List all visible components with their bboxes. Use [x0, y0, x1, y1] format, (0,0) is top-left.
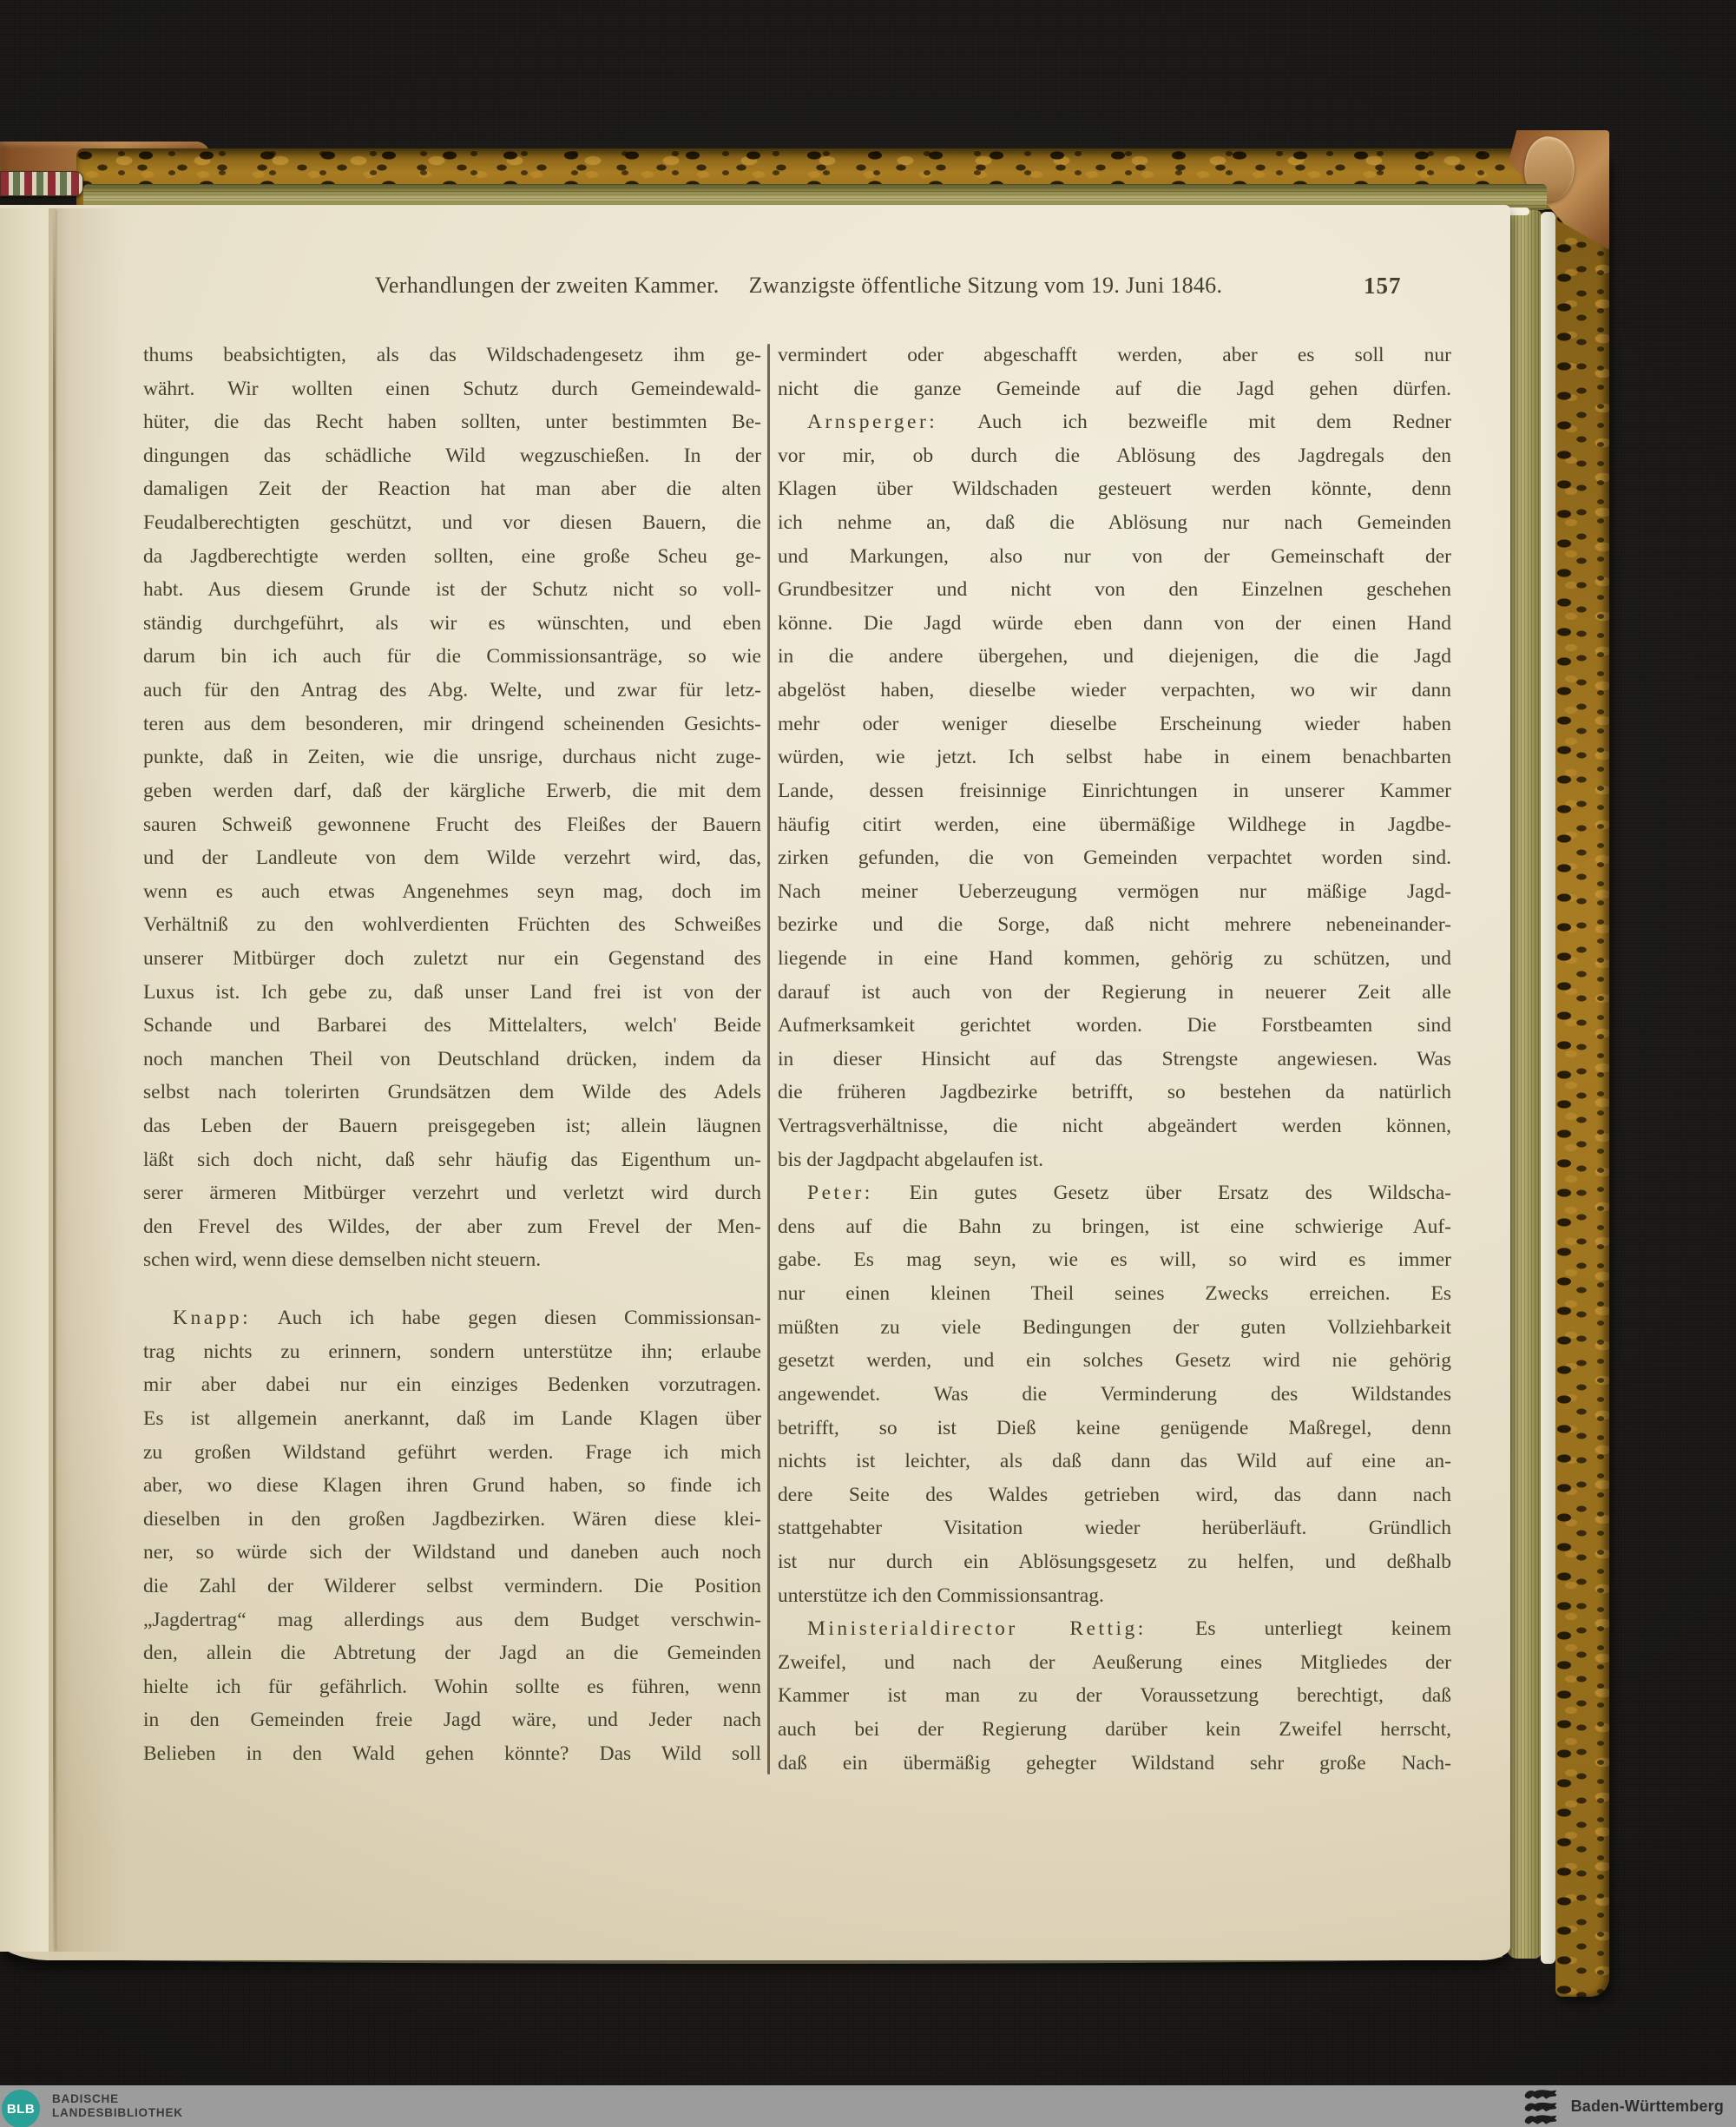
- text-line: thums beabsichtigten, als das Wildschade…: [143, 339, 761, 372]
- text-line: und Markungen, also nur von der Gemeinsc…: [778, 540, 1451, 574]
- speaker-name: Knapp:: [173, 1307, 251, 1329]
- text-line: gesetzt werden, und ein solches Gesetz w…: [778, 1344, 1451, 1378]
- running-header: Verhandlungen der zweiten Kammer. Zwanzi…: [143, 273, 1454, 309]
- text-line: habt. Aus diesem Grunde ist der Schutz n…: [143, 573, 761, 607]
- text-line: währt. Wir wollten einen Schutz durch Ge…: [143, 372, 761, 406]
- text-line: wenn es auch etwas Angenehmes seyn mag, …: [143, 875, 761, 909]
- text-line: trag nichts zu erinnern, sondern unterst…: [143, 1335, 761, 1369]
- text-line: schen wird, wenn diese demselben nicht s…: [143, 1243, 761, 1277]
- text-line: zu großen Wildstand geführt werden. Frag…: [143, 1436, 761, 1470]
- text-line: würden, wie jetzt. Ich selbst habe in ei…: [778, 741, 1451, 774]
- text-line: die Zahl der Wilderer selbst vermindern.…: [143, 1570, 761, 1603]
- library-name: BADISCHE LANDESBIBLIOTHEK: [52, 2092, 183, 2120]
- text-line: könne. Die Jagd würde eben dann von der …: [778, 607, 1451, 641]
- text-line: nichts ist leichter, als daß dann das Wi…: [778, 1445, 1451, 1478]
- text-line: unserer Mitbürger doch zuletzt nur ein G…: [143, 942, 761, 976]
- text-line: häufig citirt werden, eine übermäßige Wi…: [778, 808, 1451, 842]
- text-line: Ministerialdirector Rettig: Es unterlieg…: [778, 1612, 1451, 1646]
- text-line: sauren Schweiß gewonnene Frucht des Flei…: [143, 808, 761, 842]
- fore-edge-gilt: [1507, 210, 1542, 1959]
- library-name-line2: LANDESBIBLIOTHEK: [52, 2106, 183, 2120]
- text-line: dingungen das schädliche Wild wegzuschie…: [143, 439, 761, 473]
- text-line: in die andere übergehen, und diejenigen,…: [778, 640, 1451, 674]
- text-line: dens auf die Bahn zu bringen, ist eine s…: [778, 1210, 1451, 1244]
- baden-wuerttemberg-coat-of-arms-icon: [1521, 2087, 1561, 2125]
- text-line: liegende in eine Hand kommen, gehörig zu…: [778, 942, 1451, 976]
- state-label: Baden-Württemberg: [1571, 2097, 1724, 2116]
- text-line: darauf ist auch von der Regierung in neu…: [778, 976, 1451, 1010]
- text-line: „Jagdertrag“ mag allerdings aus dem Budg…: [143, 1603, 761, 1637]
- book-headband: [0, 171, 83, 196]
- text-line: nur einen kleinen Theil seines Zwecks er…: [778, 1277, 1451, 1311]
- text-line: betrifft, so ist Dieß keine genügende Ma…: [778, 1412, 1451, 1445]
- text-line: ich nehme an, daß die Ablösung nur nach …: [778, 506, 1451, 540]
- text-line: Peter: Ein gutes Gesetz über Ersatz des …: [778, 1176, 1451, 1210]
- text-line: gabe. Es mag seyn, wie es will, so wird …: [778, 1243, 1451, 1277]
- state-brand: Baden-Württemberg: [1521, 2085, 1724, 2127]
- text-line: Belieben in den Wald gehen könnte? Das W…: [143, 1737, 761, 1771]
- text-line: mehr oder weniger dieselbe Erscheinung w…: [778, 708, 1451, 741]
- viewer-footer-bar: BLB BADISCHE LANDESBIBLIOTHEK Baden-Würt…: [0, 2085, 1736, 2127]
- paragraph: thums beabsichtigten, als das Wildschade…: [143, 339, 761, 1277]
- text-line: dieselben in den großen Jagdbezirken. Wä…: [143, 1503, 761, 1537]
- text-line: unterstütze ich den Commissionsantrag.: [778, 1579, 1451, 1613]
- text-line: und der Landleute von dem Wilde verzehrt…: [143, 841, 761, 875]
- paragraph: Arnsperger: Auch ich bezweifle mit dem R…: [778, 405, 1451, 1176]
- speaker-name: Arnsperger:: [807, 411, 937, 433]
- text-line: da Jagdberechtigte werden sollten, eine …: [143, 540, 761, 574]
- library-name-line1: BADISCHE: [52, 2092, 183, 2106]
- text-column-left: thums beabsichtigten, als das Wildschade…: [143, 339, 761, 1771]
- gutter-crease: [53, 210, 56, 1950]
- paragraph: Peter: Ein gutes Gesetz über Ersatz des …: [778, 1176, 1451, 1612]
- text-line: das Leben der Bauern preisgegeben ist; a…: [143, 1110, 761, 1143]
- running-header-right: Zwanzigste öffentliche Sitzung vom 19. J…: [749, 273, 1223, 309]
- text-line: damaligen Zeit der Reaction hat man aber…: [143, 472, 761, 506]
- text-line: vermindert oder abgeschafft werden, aber…: [778, 339, 1451, 372]
- text-line: hüter, die das Recht haben sollten, unte…: [143, 405, 761, 439]
- text-line: auch bei der Regierung darüber kein Zwei…: [778, 1713, 1451, 1747]
- column-divider-rule: [767, 344, 770, 1775]
- text-line: Schande und Barbarei des Mittelalters, w…: [143, 1009, 761, 1043]
- text-line: teren aus dem besonderen, mir dringend s…: [143, 708, 761, 741]
- text-line: Nach meiner Ueberzeugung vermögen nur mä…: [778, 875, 1451, 909]
- text-line: ner, so würde sich der Wildstand und dan…: [143, 1536, 761, 1570]
- text-line: serer ärmeren Mitbürger verzehrt und ver…: [143, 1176, 761, 1210]
- text-line: in dieser Hinsicht auf das Strengste ang…: [778, 1043, 1451, 1077]
- paragraph: vermindert oder abgeschafft werden, aber…: [778, 339, 1451, 405]
- text-line: angewendet. Was die Verminderung des Wil…: [778, 1378, 1451, 1412]
- text-line: mir aber dabei nur ein einziges Bedenken…: [143, 1368, 761, 1402]
- text-line: Zweifel, und nach der Aeußerung eines Mi…: [778, 1646, 1451, 1680]
- fore-edge-outer-page: [1541, 212, 1555, 1964]
- text-line: zirken gefunden, die von Gemeinden verpa…: [778, 841, 1451, 875]
- text-line: abgelöst haben, dieselbe wieder verpacht…: [778, 674, 1451, 708]
- text-line: Aufmerksamkeit gerichtet worden. Die For…: [778, 1009, 1451, 1043]
- text-line: daß ein übermäßig gehegter Wildstand seh…: [778, 1747, 1451, 1781]
- paragraph: Knapp: Auch ich habe gegen diesen Commis…: [143, 1301, 761, 1771]
- paragraph: Ministerialdirector Rettig: Es unterlieg…: [778, 1612, 1451, 1780]
- speaker-name: Peter:: [807, 1182, 873, 1204]
- text-line: in den Gemeinden freie Jagd wäre, und Je…: [143, 1703, 761, 1737]
- text-line: müßten zu viele Bedingungen der guten Vo…: [778, 1311, 1451, 1345]
- gutter-facing-page: [0, 208, 54, 1952]
- text-line: darum bin ich auch für die Commissionsan…: [143, 640, 761, 674]
- scan-photo-backdrop: Verhandlungen der zweiten Kammer. Zwanzi…: [0, 0, 1736, 2127]
- text-line: Knapp: Auch ich habe gegen diesen Commis…: [143, 1301, 761, 1335]
- text-line: Feudalberechtigten geschützt, und vor di…: [143, 506, 761, 540]
- text-line: Kammer ist man zu der Voraussetzung bere…: [778, 1679, 1451, 1713]
- text-line: Luxus ist. Ich gebe zu, daß unser Land f…: [143, 976, 761, 1010]
- text-line: ständig durchgeführt, als wir es wünscht…: [143, 607, 761, 641]
- text-line: Grundbesitzer und nicht von den Einzelne…: [778, 573, 1451, 607]
- text-line: den, allein die Abtretung der Jagd an di…: [143, 1636, 761, 1670]
- text-line: Es ist allgemein anerkannt, daß im Lande…: [143, 1402, 761, 1436]
- text-line: den Frevel des Wildes, der aber zum Frev…: [143, 1210, 761, 1244]
- page-number: 157: [1364, 273, 1402, 300]
- book-cover-marbled-right-edge: [1555, 153, 1609, 1997]
- text-line: ist nur durch ein Ablösungsgesetz zu hel…: [778, 1545, 1451, 1579]
- text-line: geben werden darf, daß der kärgliche Erw…: [143, 774, 761, 808]
- text-line: noch manchen Theil von Deutschland drück…: [143, 1043, 761, 1077]
- speaker-name: Ministerialdirector Rettig:: [807, 1617, 1147, 1640]
- text-line: Vertragsverhältnisse, die nicht abgeände…: [778, 1110, 1451, 1143]
- text-line: dere Seite des Waldes getrieben wird, da…: [778, 1478, 1451, 1512]
- blb-logo-text: BLB: [7, 2102, 35, 2117]
- text-line: stattgehabter Visitation wieder herüberl…: [778, 1511, 1451, 1545]
- running-header-left: Verhandlungen der zweiten Kammer.: [375, 273, 720, 309]
- blb-logo: BLB: [2, 2090, 40, 2127]
- text-line: vor mir, ob durch die Ablösung des Jagdr…: [778, 439, 1451, 473]
- text-line: punkte, daß in Zeiten, wie die unsrige, …: [143, 741, 761, 774]
- text-column-right: vermindert oder abgeschafft werden, aber…: [778, 339, 1451, 1780]
- text-line: Lande, dessen freisinnige Einrichtungen …: [778, 774, 1451, 808]
- text-line: selbst nach tolerirten Grundsätzen dem W…: [143, 1076, 761, 1110]
- text-line: Verhältniß zu den wohlverdienten Früchte…: [143, 908, 761, 942]
- text-line: hielte ich für gefährlich. Wohin sollte …: [143, 1670, 761, 1704]
- gutter-shadow: [49, 208, 127, 1952]
- text-line: aber, wo diese Klagen ihren Grund haben,…: [143, 1469, 761, 1503]
- text-line: auch für den Antrag des Abg. Welte, und …: [143, 674, 761, 708]
- text-line: läßt sich doch nicht, daß sehr häufig da…: [143, 1143, 761, 1177]
- text-line: bezirke und die Sorge, daß nicht mehrere…: [778, 908, 1451, 942]
- text-line: Klagen über Wildschaden gesteuert werden…: [778, 472, 1451, 506]
- library-brand: BLB BADISCHE LANDESBIBLIOTHEK: [0, 2085, 183, 2127]
- text-line: nicht die ganze Gemeinde auf die Jagd ge…: [778, 372, 1451, 406]
- text-line: Arnsperger: Auch ich bezweifle mit dem R…: [778, 405, 1451, 439]
- text-line: bis der Jagdpacht abgelaufen ist.: [778, 1143, 1451, 1177]
- text-line: die früheren Jagdbezirke betrifft, so be…: [778, 1076, 1451, 1110]
